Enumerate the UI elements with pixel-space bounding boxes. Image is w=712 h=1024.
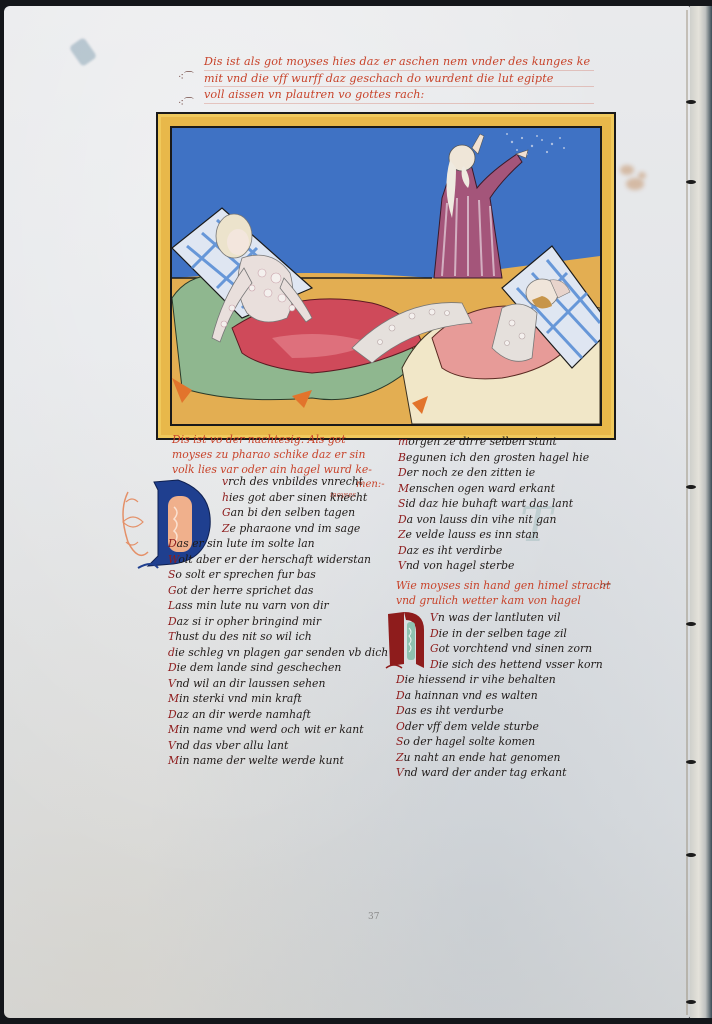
verse-line: So der hagel solte komen — [396, 734, 566, 750]
binding-stitch — [686, 180, 696, 184]
verse-line: die schleg vn plagen gar senden vb dich — [168, 645, 388, 661]
verse-line: Gan bi den selben tagen — [222, 505, 367, 521]
plague-of-boils-scene — [172, 128, 600, 424]
rubric-line: Wie moyses sin hand gen himel stracht — [396, 578, 610, 593]
binding-stitch — [686, 622, 696, 626]
pen-flourish-icon: :⌐ — [600, 580, 612, 591]
page-stain — [638, 172, 646, 179]
verse-line: Vn was der lantluten vil — [430, 610, 603, 626]
verse-line: Daz an dir werde namhaft — [168, 707, 388, 723]
verse-line: Oder vff dem velde sturbe — [396, 719, 566, 735]
verse-line: vrch des vnbildes vnrecht — [222, 474, 367, 490]
verse-line: Die dem lande sind geschechen — [168, 660, 388, 676]
decorated-initial-n — [384, 608, 430, 670]
rubric-line: vnd grulich wetter kam von hagel — [396, 593, 610, 608]
pen-flourish-icon: ⁖⌒ — [178, 94, 194, 109]
right-column-top: morgen ze dirre selben stunt Begunen ich… — [398, 434, 589, 574]
binding-stitch — [686, 853, 696, 857]
rubric-heading: Dis ist als got moyses hies daz er asche… — [204, 54, 594, 104]
verse-line: Die in der selben tage zil — [430, 626, 603, 642]
verse-line: Zu naht an ende hat genomen — [396, 750, 566, 766]
verse-line: Das es iht verdurbe — [396, 703, 566, 719]
verse-line: Vnd das vber allu lant — [168, 738, 388, 754]
verse-line: Der noch ze den zitten ie — [398, 465, 589, 481]
pen-flourish-icon: ⁖⌒ — [178, 68, 194, 83]
left-column-indented: vrch des vnbildes vnrecht hies got aber … — [222, 474, 367, 536]
verse-line: hies got aber sinen knecht — [222, 490, 367, 506]
verse-line: Da von lauss din vihe nit gan — [398, 512, 589, 528]
verse-line: Die hiessend ir vihe behalten — [396, 672, 566, 688]
verse-line: Min name der welte werde kunt — [168, 753, 388, 769]
page-stain — [626, 178, 644, 190]
verse-line: Begunen ich den grosten hagel hie — [398, 450, 589, 466]
verse-line: Da hainnan vnd es walten — [396, 688, 566, 704]
verse-line: Min sterki vnd min kraft — [168, 691, 388, 707]
verse-line: Min name vnd werd och wit er kant — [168, 722, 388, 738]
verse-line: Sid daz hie buhaft wart das lant — [398, 496, 589, 512]
verse-line: Vnd ward der ander tag erkant — [396, 765, 566, 781]
right-rubric: Wie moyses sin hand gen himel stracht vn… — [396, 578, 610, 608]
verse-line: So solt er sprechen fur bas — [168, 567, 388, 583]
rubric-heading-line: Dis ist als got moyses hies daz er asche… — [204, 54, 594, 71]
verse-line: Daz si ir opher bringind mir — [168, 614, 388, 630]
rubric-line: moyses zu pharao schike daz er sin — [172, 447, 372, 462]
miniature-illustration — [156, 112, 616, 440]
right-column-bottom: Die hiessend ir vihe behalten Da hainnan… — [396, 672, 566, 781]
verse-line: Daz es iht verdirbe — [398, 543, 589, 559]
rubric-line: Dis ist vo der nachtesig. Als got — [172, 432, 372, 447]
right-column-indented: Vn was der lantluten vil Die in der selb… — [430, 610, 603, 672]
binding-stitch — [686, 485, 696, 489]
rubric-heading-line: mit vnd die vff wurff daz geschach do wu… — [204, 71, 594, 88]
verse-line: Lass min lute nu varn von dir — [168, 598, 388, 614]
verse-line: Vnd von hagel sterbe — [398, 558, 589, 574]
verse-line: Das er sin lute im solte lan — [168, 536, 388, 552]
verse-line: Got der herre sprichet das — [168, 583, 388, 599]
binding-stitch — [686, 100, 696, 104]
verse-line: Wolt aber er der herschaft widerstan — [168, 552, 388, 568]
verse-line: morgen ze dirre selben stunt — [398, 434, 589, 450]
binding-stitch — [686, 1000, 696, 1004]
verse-line: Die sich des hettend vsser korn — [430, 657, 603, 673]
verse-line: Ze pharaone vnd im sage — [222, 521, 367, 537]
binding-stitch — [686, 760, 696, 764]
page-stain — [620, 165, 634, 175]
verse-line: Got vorchtend vnd sinen zorn — [430, 641, 603, 657]
binding-strip — [690, 6, 712, 1018]
verse-line: Vnd wil an dir laussen sehen — [168, 676, 388, 692]
left-column: Das er sin lute im solte lan Wolt aber e… — [168, 536, 388, 769]
verse-line: Menschen ogen ward erkant — [398, 481, 589, 497]
left-rubric: Dis ist vo der nachtesig. Als got moyses… — [172, 432, 372, 477]
binding-fold-line — [686, 10, 688, 1015]
verse-line: Thust du des nit so wil ich — [168, 629, 388, 645]
folio-number: 37 — [368, 912, 379, 922]
rubric-heading-line: voll aissen vn plautren vo gottes rach: — [204, 87, 594, 104]
verse-line: Ze velde lauss es inn stan — [398, 527, 589, 543]
